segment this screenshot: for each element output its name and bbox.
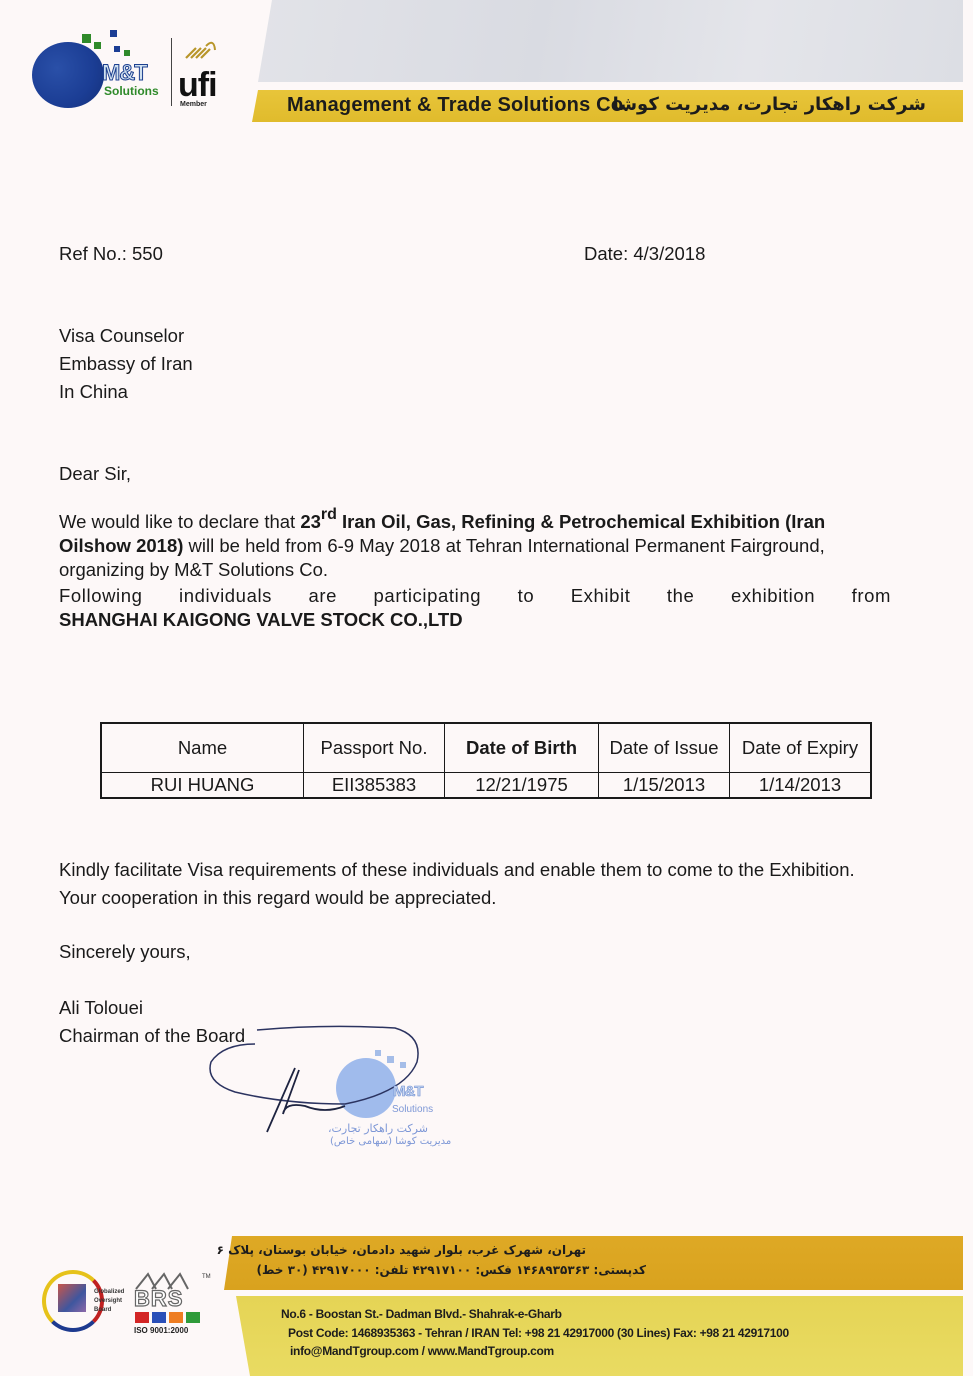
header-date-of-issue: Date of Issue: [599, 723, 730, 773]
brs-trademark: TM: [202, 1274, 211, 1280]
logo-brand-sub: Solutions: [104, 84, 159, 98]
cell-passport: EII385383: [304, 773, 445, 799]
footer-address-fa-1: تهران، شهرک غرب، بلوار شهید دادمان، خیاب…: [266, 1243, 586, 1257]
cert-line: Oversight: [94, 1297, 124, 1306]
logo-square-icon: [114, 46, 120, 52]
event-name-part2: Oilshow 2018): [59, 535, 183, 556]
bar-green: [186, 1312, 200, 1323]
iso-label: ISO 9001:2000: [134, 1326, 188, 1335]
closing-line: Kindly facilitate Visa requirements of t…: [59, 856, 855, 884]
logo-square-icon: [124, 50, 130, 56]
cell-date-of-issue: 1/15/2013: [599, 773, 730, 799]
ordinal-suffix: rd: [321, 506, 337, 523]
brs-color-bars: [135, 1312, 200, 1323]
globe-icon: [32, 42, 104, 108]
exhibitor-company: SHANGHAI KAIGONG VALVE STOCK CO.,LTD: [59, 608, 919, 632]
closing-line: Your cooperation in this regard would be…: [59, 884, 855, 912]
intro-text: We would like to declare that: [59, 511, 300, 532]
logo-square-icon: [110, 30, 117, 37]
cell-date-of-expiry: 1/14/2013: [730, 773, 872, 799]
certification-logos: Globalized Oversight Board TM BRS ISO 90…: [38, 1268, 218, 1340]
company-name-en: Management & Trade Solutions Co.: [287, 94, 629, 117]
participants-table: Name Passport No. Date of Birth Date of …: [100, 722, 872, 799]
recipient-line: Visa Counselor: [59, 322, 193, 350]
footer-address-fa-2: کدپستی: ۱۴۶۸۹۳۵۳۶۳ فکس: ۴۲۹۱۷۱۰۰ تلفن: ۴…: [266, 1263, 646, 1277]
header-gray-panel: [258, 0, 963, 82]
cert-line: Globalized: [94, 1288, 124, 1297]
table-header-row: Name Passport No. Date of Birth Date of …: [101, 723, 871, 773]
ufi-member-label: Member: [180, 101, 207, 108]
company-name-fa: شرکت راهکار تجارت، مدیریت کوشا: [613, 94, 926, 115]
stamp-brand: M&T: [393, 1083, 423, 1100]
bar-orange: [169, 1312, 183, 1323]
sign-off: Sincerely yours,: [59, 938, 191, 966]
cell-name: RUI HUANG: [101, 773, 304, 799]
logo-square-icon: [82, 34, 91, 43]
ufi-swoosh-icon: [182, 36, 218, 62]
closing-paragraph: Kindly facilitate Visa requirements of t…: [59, 856, 855, 912]
event-name-part1: Iran Oil, Gas, Refining & Petrochemical …: [337, 511, 825, 532]
stamp-text-fa-2: مدیریت کوشا (سهامی خاص): [330, 1136, 451, 1147]
logo-divider: [171, 38, 172, 106]
footer-web-links[interactable]: info@MandTgroup.com / www.MandTgroup.com: [290, 1344, 554, 1358]
event-details: will be held from 6-9 May 2018 at Tehran…: [183, 535, 824, 556]
header-name: Name: [101, 723, 304, 773]
bar-blue: [152, 1312, 166, 1323]
header-date-of-birth: Date of Birth: [445, 723, 599, 773]
company-logo: M&T Solutions ufi Member: [30, 28, 225, 114]
logo-brand: M&T: [102, 60, 147, 86]
bar-red: [135, 1312, 149, 1323]
footer-contact-en: Post Code: 1468935363 - Tehran / IRAN Te…: [288, 1326, 789, 1340]
header-date-of-expiry: Date of Expiry: [730, 723, 872, 773]
badge-emblem-icon: [58, 1284, 86, 1312]
recipient-line: Embassy of Iran: [59, 350, 193, 378]
cell-date-of-birth: 12/21/1975: [445, 773, 599, 799]
cert-line: Board: [94, 1306, 124, 1315]
certification-badge-text: Globalized Oversight Board: [94, 1288, 124, 1315]
ordinal-number: 23: [300, 511, 321, 532]
logo-square-icon: [94, 42, 101, 49]
stamp-text-fa-1: شرکت راهکار تجارت،: [328, 1122, 428, 1135]
salutation: Dear Sir,: [59, 460, 131, 488]
header-passport: Passport No.: [304, 723, 445, 773]
body-paragraph: We would like to declare that 23rd Iran …: [59, 510, 919, 632]
reference-number: Ref No.: 550: [59, 240, 163, 268]
signer-name: Ali Tolouei: [59, 994, 245, 1022]
letter-date: Date: 4/3/2018: [584, 240, 705, 268]
footer-address-en: No.6 - Boostan St.- Dadman Blvd.- Shahra…: [281, 1307, 562, 1321]
recipient-address: Visa Counselor Embassy of Iran In China: [59, 322, 193, 406]
brs-logo-text: BRS: [134, 1286, 183, 1312]
participants-intro: Following individuals are participating …: [59, 584, 891, 608]
ufi-logo-text: ufi: [178, 66, 217, 105]
recipient-line: In China: [59, 378, 193, 406]
table-row: RUI HUANG EII385383 12/21/1975 1/15/2013…: [101, 773, 871, 799]
stamp-brand-sub: Solutions: [392, 1104, 433, 1115]
organizer-text: organizing by M&T Solutions Co.: [59, 558, 919, 582]
